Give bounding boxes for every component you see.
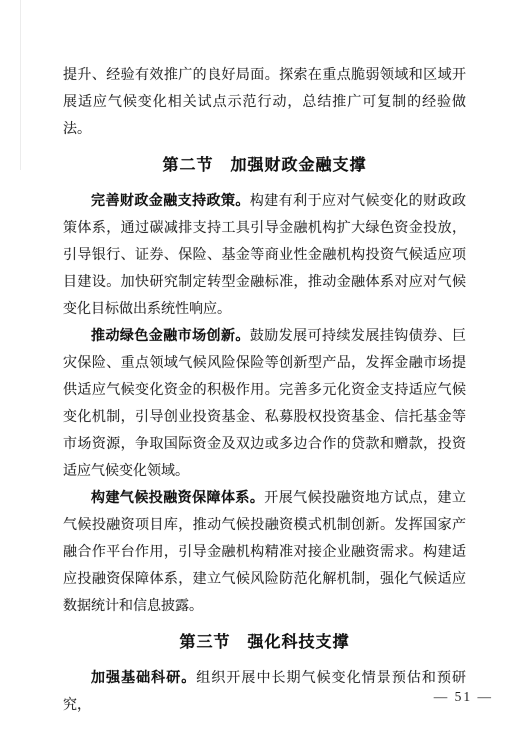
body-paragraph: 加强基础科研。组织开展中长期气候变化情景预估和预研究， xyxy=(63,665,466,719)
body-paragraph: 推动绿色金融市场创新。鼓励发展可持续发展挂钩债券、巨灾保险、重点领域气候风险保险… xyxy=(63,323,466,485)
paragraph-lead: 推动绿色金融市场创新。 xyxy=(91,329,250,344)
paragraph-lead: 构建气候投融资保障体系。 xyxy=(91,491,264,506)
paragraph-text: 开展气候投融资地方试点，建立气候投融资项目库，推动气候投融资模式机制创新。发挥国… xyxy=(63,491,466,614)
document-page: 提升、经验有效推广的良好局面。探索在重点脆弱领域和区域开展适应气候变化相关试点示… xyxy=(0,0,527,746)
scan-artifact-line xyxy=(20,0,21,170)
body-paragraph: 完善财政金融支持政策。构建有利于应对气候变化的财政政策体系，通过碳减排支持工具引… xyxy=(63,188,466,323)
continuation-paragraph: 提升、经验有效推广的良好局面。探索在重点脆弱领域和区域开展适应气候变化相关试点示… xyxy=(63,62,466,143)
page-content: 提升、经验有效推广的良好局面。探索在重点脆弱领域和区域开展适应气候变化相关试点示… xyxy=(63,62,466,719)
paragraph-text: 鼓励发展可持续发展挂钩债券、巨灾保险、重点领域气候风险保险等创新型产品，发挥金融… xyxy=(63,329,466,479)
paragraph-lead: 加强基础科研。 xyxy=(91,671,196,686)
body-paragraph: 构建气候投融资保障体系。开展气候投融资地方试点，建立气候投融资项目库，推动气候投… xyxy=(63,485,466,620)
page-number: — 51 — xyxy=(434,689,493,705)
section-heading-2: 第二节 加强财政金融支撑 xyxy=(63,153,466,179)
section-heading-3: 第三节 强化科技支撑 xyxy=(63,630,466,656)
paragraph-text: 构建有利于应对气候变化的财政政策体系，通过碳减排支持工具引导金融机构扩大绿色资金… xyxy=(63,194,466,317)
paragraph-lead: 完善财政金融支持政策。 xyxy=(91,194,250,209)
